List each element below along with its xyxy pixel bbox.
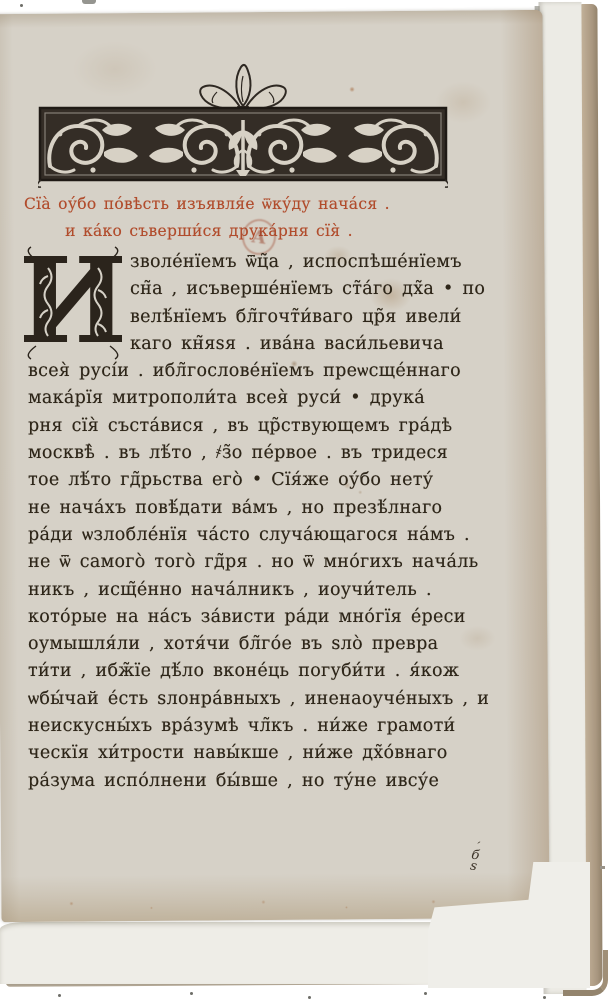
body-line: рня сїя̀ съста́вися , въ цр̃ствующемъ гр… (28, 413, 484, 440)
body-line: мака́рїя митрополи́та всея̀ руси́ • друк… (28, 385, 484, 412)
body-line: не ѿ самого̀ того̀ гд̃ря . но ѿ мно́гихъ… (28, 549, 484, 576)
body-line: оумышля́ли , хотя́чи бл̃го́е въ ѕло̀ пре… (28, 631, 484, 658)
dust-speck (308, 996, 311, 999)
body-line: ческїя хи́трости навы́кше , ни́же дх̃о́в… (28, 740, 484, 767)
body-line: ти́ти , ибж̃їе дѣ́ло вконе́ць погуби́ти … (28, 658, 484, 685)
dust-speck (424, 992, 427, 995)
body-line: неискусны́хъ вра́зумѣ чл̃къ . ни́же грам… (28, 713, 484, 740)
body-line: ѡбы́чай е́сть ѕлонра́вныхъ , иненаоуче́н… (28, 686, 484, 713)
dust-speck (58, 994, 61, 997)
board-corner-edge (563, 950, 608, 996)
rubric-heading-line-1: Сїа̀ оу́бо по́вѣсть изъявля́е ѿку́ду нач… (24, 191, 484, 218)
dust-speck (20, 4, 23, 7)
body-line: всея̀ русі́и . ибл̃гослове́нїемъ преѡсще… (28, 358, 484, 385)
tulip-crest-icon (200, 65, 286, 113)
body-line: сн̃а , исъверше́нїемъ ст̃а́го дх̃а • по (28, 276, 484, 303)
foliate-headpiece-ornament (38, 62, 448, 190)
body-line: кото́рые на на́съ за́висти ра́ди мно́гїя… (28, 604, 484, 631)
body-line: зволе́нїемъ ѿц̃а , испоспѣше́нїемъ (28, 249, 484, 276)
body-line: никъ , исщ̃е́нно нача́лникъ , иоучи́тель… (28, 577, 484, 604)
foliation-mark: ˊ б ѕ (462, 841, 488, 873)
body-line: тое лѣ́то гд̃рьства его̀ • Сїя́же оу́бо … (28, 467, 484, 494)
dust-speck (190, 992, 193, 995)
ink-stamp-letter: А (250, 226, 267, 249)
body-line: каго кн̃яѕя . ива́на васи́льевича (28, 331, 484, 358)
body-line: не нача́хъ повѣ́дати ва́мъ , но презѣ́лн… (28, 495, 484, 522)
foliation-char: ѕ (469, 860, 477, 872)
book-photo: Сїа̀ оу́бо по́вѣсть изъявля́е ѿку́ду нач… (0, 0, 613, 1000)
body-line: велѣ́нїемъ бл̃гочт̃и́ваго цр̃я ивели́ (28, 304, 484, 331)
body-line: москвѣ̀ . въ лѣ́то , ҂з̃о пе́рвое . въ т… (28, 440, 484, 467)
dust-speck (543, 996, 546, 999)
body-line: ра́ди ѡзлобле́нїя ча́сто случа́ющагося н… (28, 522, 484, 549)
body-line: ра́зума испо́лнени бы́вше , но ту́не ивс… (28, 768, 484, 795)
body-text-block: зволе́нїемъ ѿц̃а , испоспѣше́нїемъ сн̃а … (28, 249, 484, 795)
edge-mark (600, 866, 605, 869)
page-edge-notch (82, 0, 96, 4)
